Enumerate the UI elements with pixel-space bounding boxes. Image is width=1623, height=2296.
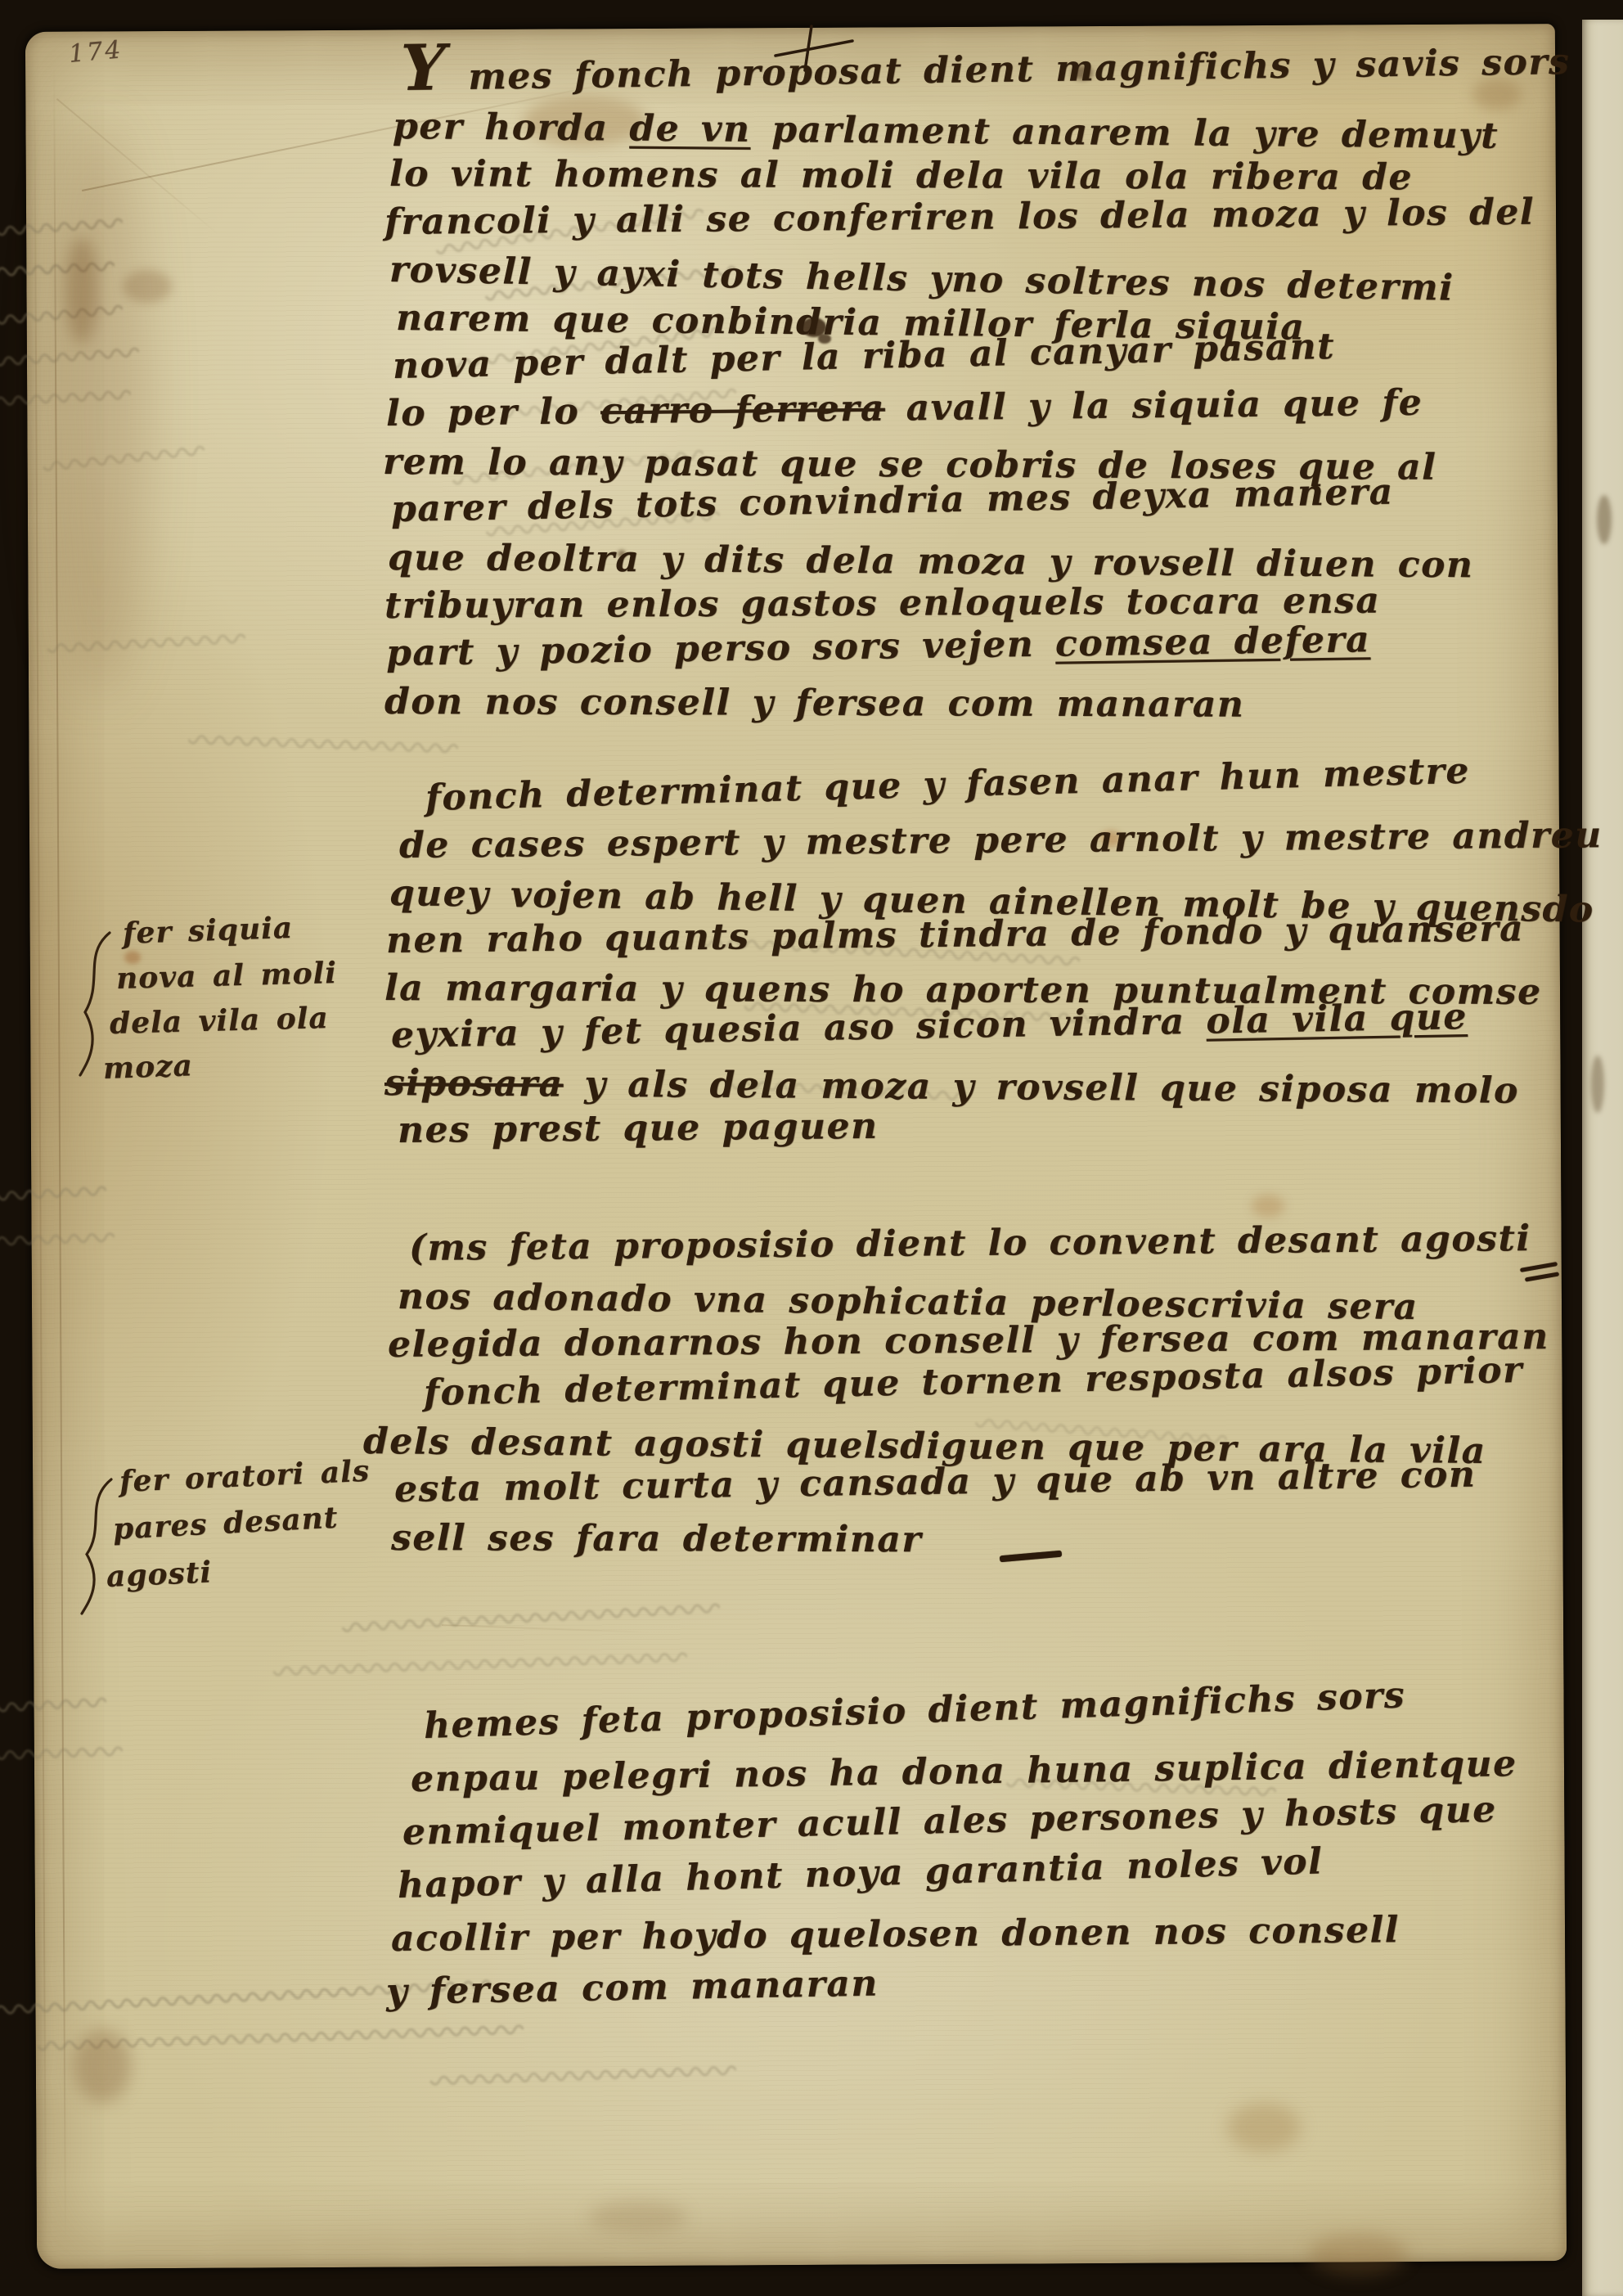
manuscript-scan: 174 Y mes fonch proposat dient magnifich… (0, 0, 1623, 2296)
page-edge-crease (53, 65, 66, 2244)
manuscript-page (25, 24, 1567, 2269)
page-edge-crease (34, 65, 47, 2244)
adjacent-page-edge (1582, 20, 1623, 2296)
